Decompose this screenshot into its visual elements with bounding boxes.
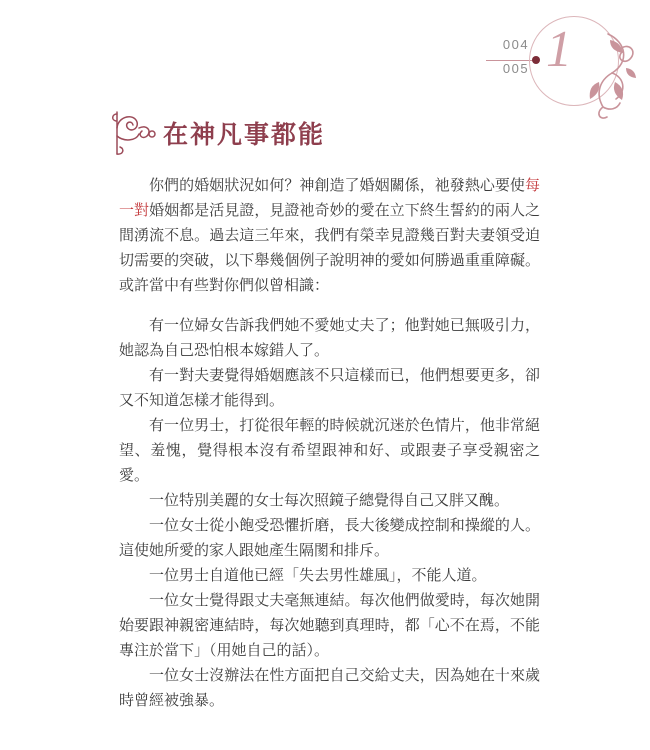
body-text: 你們的婚姻狀況如何？神創造了婚姻關係，祂發熱心要使每一對婚姻都是活見證，見證祂奇… bbox=[119, 174, 540, 714]
intro-text-1: 你們的婚姻狀況如何？神創造了婚姻關係，祂發熱心要使 bbox=[149, 178, 525, 194]
example-paragraph: 一位女士從小飽受恐懼折磨，長大後變成控制和操縱的人。這使她所愛的家人跟她產生隔閡… bbox=[119, 514, 540, 564]
floral-flourish-icon bbox=[582, 30, 642, 122]
book-page: 004 005 1 bbox=[0, 0, 650, 750]
example-paragraph: 有一對夫妻覺得婚姻應該不只這樣而已，他們想要更多，卻又不知道怎樣才能得到。 bbox=[119, 364, 540, 414]
page-number-divider bbox=[486, 60, 535, 61]
example-paragraph: 一位女士沒辦法在性方面把自己交給丈夫，因為她在十來歲時曾經被強暴。 bbox=[119, 664, 540, 714]
intro-paragraph: 你們的婚姻狀況如何？神創造了婚姻關係，祂發熱心要使每一對婚姻都是活見證，見證祂奇… bbox=[119, 174, 540, 299]
example-paragraph: 有一位婦女告訴我們她不愛她丈夫了；他對她已無吸引力，她認為自己恐怕根本嫁錯人了。 bbox=[119, 314, 540, 364]
example-paragraph: 一位特別美麗的女士每次照鏡子總覺得自己又胖又醜。 bbox=[119, 489, 540, 514]
chapter-title: 在神凡事都能 bbox=[163, 115, 325, 151]
example-paragraph: 一位男士自道他已經「失去男性雄風」，不能人道。 bbox=[119, 564, 540, 589]
chapter-title-row: 在神凡事都能 bbox=[110, 108, 325, 158]
scroll-ornament-icon bbox=[110, 108, 156, 158]
example-paragraph: 有一位男士，打從很年輕的時候就沉迷於色情片，他非常絕望、羞愧，覺得根本沒有希望跟… bbox=[119, 414, 540, 489]
intro-text-2: 婚姻都是活見證，見證祂奇妙的愛在立下終生誓約的兩人之間湧流不息。過去這三年來，我… bbox=[119, 203, 540, 294]
chapter-number: 1 bbox=[546, 24, 572, 76]
example-paragraph: 一位女士覺得跟丈夫毫無連結。每次他們做愛時，每次她開始要跟神親密連結時，每次她聽… bbox=[119, 589, 540, 664]
